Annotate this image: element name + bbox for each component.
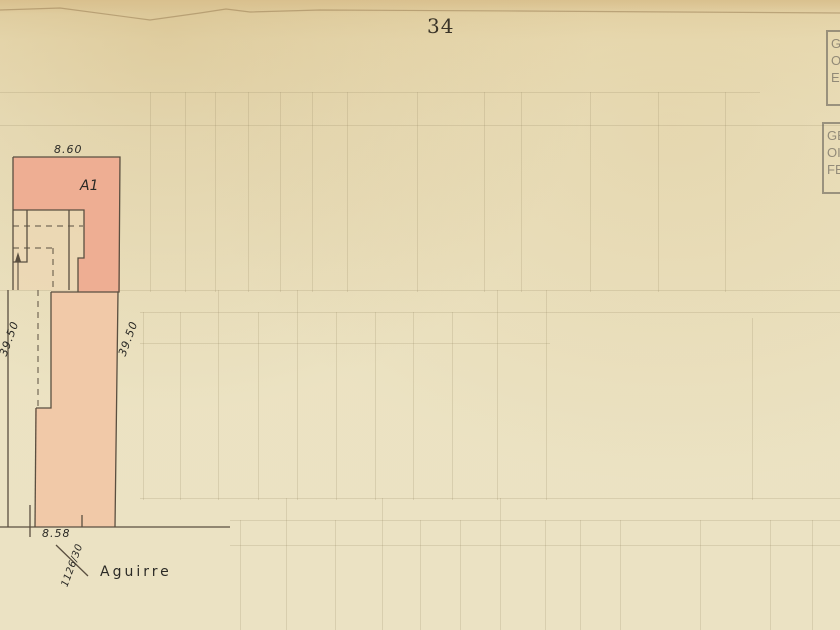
street-name: Aguirre — [100, 564, 172, 580]
dimension-front-top: 8.60 — [54, 143, 83, 156]
lower-area — [35, 292, 118, 527]
unit-label: A1 — [80, 178, 98, 194]
floor-plan-drawing — [0, 0, 840, 630]
dimension-front-bottom: 8.58 — [42, 527, 71, 540]
